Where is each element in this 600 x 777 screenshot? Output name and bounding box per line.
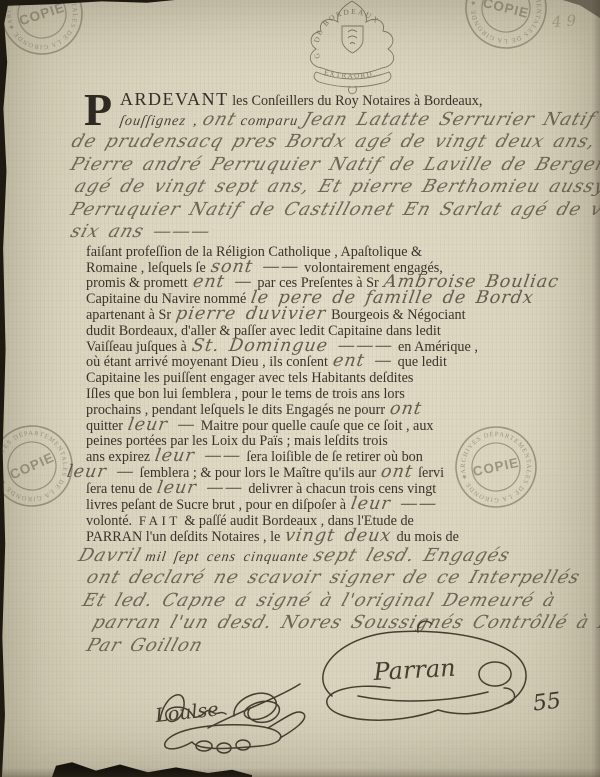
printed-text: du mois de: [397, 529, 459, 545]
faint-corner-mark: 49: [551, 11, 581, 31]
handwritten-text: six ans ———: [69, 225, 212, 238]
document-line: quitterleur —Maitre pour quelle cauſe qu…: [86, 419, 562, 435]
copie-stamp-top-right: ARCHIVES DÉPARTEMENTALES DE LA GIRONDE ★…: [448, 0, 564, 66]
document-line: ſera tenu deleur ——delivrer à chacun tro…: [86, 482, 562, 498]
document-line: six ans ———: [64, 222, 217, 245]
document-line: Perruquier Natif de Castillonet En Sarla…: [64, 200, 600, 223]
document-line: livres peſant de Sucre brut , pour en di…: [86, 498, 562, 514]
printed-text: Iſles que bon lui ſemblera , pour le tem…: [86, 386, 405, 402]
printed-text: ſera tenu de: [86, 481, 152, 497]
printed-text: comparu: [240, 113, 300, 129]
printed-text: ARDEVANT: [120, 89, 229, 109]
printed-text: volonté.: [86, 513, 132, 529]
handwritten-text: pierre duvivier: [175, 308, 327, 321]
svg-text:G. DE BORDEAUX: G. DE BORDEAUX: [311, 7, 381, 60]
handwritten-text: Pierre andré Perruquier Natif de Laville…: [69, 158, 600, 171]
handwritten-text: sept lesd. Engagés: [312, 549, 512, 562]
crest-arc-text: G. DE BORDEAUX: [311, 7, 381, 60]
handwritten-text: leur —: [127, 419, 197, 432]
document-line: où étant arrivé moyenant Dieu , ils conſ…: [86, 355, 562, 371]
document-line: Par Goillon: [80, 636, 209, 659]
torn-edge-left: [0, 0, 9, 777]
handwritten-text: ont: [389, 403, 423, 416]
printed-text: livres peſant de Sucre brut , pour en di…: [86, 497, 346, 513]
handwritten-text: Jean Latatte Serrurier Natif: [301, 113, 597, 126]
signature-flourish-oval: [165, 725, 281, 749]
stamp-copie-label: COPIE: [481, 0, 530, 21]
document-line: Vaiſſeau juſques àSt. Domingue ———en Amé…: [86, 340, 562, 356]
signature-underline: [358, 692, 488, 701]
document-line: ARDEVANT les Conſeillers du Roy Notaires…: [120, 92, 562, 110]
handwritten-text: leur ——: [156, 482, 244, 495]
handwritten-text: ent —: [332, 355, 394, 368]
handwritten-text: de prudensacq pres Bordx agé de vingt de…: [70, 135, 597, 148]
printed-text: FAIT: [132, 513, 181, 528]
document-line: leur —ſemblera ; & pour lors le Maître q…: [62, 466, 562, 482]
printed-text: promis & promett: [86, 275, 188, 291]
printed-text: ſouſſignez ,: [119, 113, 200, 129]
document-line: Davrilmil ſept cens cinquantesept lesd. …: [72, 546, 516, 569]
stamp-copie-label: COPIE: [7, 450, 56, 483]
copie-stamp-top-left: ARCHIVES DÉPARTEMENTALES DE LA GIRONDE ★…: [0, 0, 102, 74]
printed-text: Vaiſſeau juſques à: [86, 339, 187, 355]
crest-banner-text: EXTRAORD.: [323, 68, 377, 80]
document-lines: ARDEVANT les Conſeillers du Roy Notaires…: [62, 92, 562, 658]
document-line: Iſles que bon lui ſemblera , pour le tem…: [86, 387, 562, 403]
printed-text: Maitre pour quelle cauſe que ce ſoit , a…: [201, 418, 434, 434]
folio-page-number: 55: [532, 688, 563, 716]
printed-text: que ledit: [398, 354, 447, 370]
document-scan-page: G. DE BORDEAUX EXTRAORD. ARCHIVES DÉPART…: [0, 0, 600, 777]
printed-text: Romaine , leſquels ſe: [86, 260, 206, 276]
handwritten-text: agé de vingt sept ans, Et pierre Berthom…: [73, 180, 600, 193]
handwritten-text: leur ——: [350, 498, 438, 511]
printed-text: Capitaine les puiſſent engager avec tels…: [86, 370, 413, 386]
document-line: Et led. Capne a signé à l'original Demeu…: [76, 591, 562, 614]
handwritten-text: leur —: [66, 466, 136, 479]
crest-shield-marks: [348, 30, 357, 44]
tax-crest-stamp: G. DE BORDEAUX EXTRAORD.: [290, 0, 415, 95]
document-line: ont declaré ne scavoir signer de ce Inte…: [80, 568, 586, 591]
handwritten-text: Et led. Capne a signé à l'original Demeu…: [81, 594, 557, 607]
printed-text: ſervi: [418, 465, 444, 481]
printed-text: mil ſept cens cinquante: [144, 549, 310, 565]
document-line: faiſant profeſſion de la Réligion Cathol…: [86, 245, 562, 261]
signature-ascender-curl: [418, 621, 432, 632]
document-line: ſouſſignez ,ontcomparuJean Latatte Serru…: [118, 110, 600, 133]
signature-lower-loop: [327, 686, 438, 720]
printed-text: Bourgeois & Négociant: [331, 307, 466, 323]
signature-right-name: Parran: [372, 654, 456, 686]
printed-text: PARRAN l'un deſdits Notaires , le: [86, 529, 280, 545]
signature-loop: [236, 740, 250, 750]
handwritten-text: vingt deux: [284, 530, 392, 543]
printed-text: en Amérique ,: [398, 339, 478, 355]
handwritten-text: ont: [201, 113, 238, 126]
document-line: PARRAN l'un deſdits Notaires , levingt d…: [86, 530, 562, 546]
handwritten-text: Perruquier Natif de Castillonet En Sarla…: [69, 203, 600, 216]
svg-text:EXTRAORD.: EXTRAORD.: [323, 68, 377, 80]
handwritten-text: ont: [380, 466, 414, 479]
handwritten-text: ent —: [192, 276, 254, 289]
document-line: de prudensacq pres Bordx agé de vingt de…: [65, 132, 600, 155]
shadow-edge-bottom: [0, 768, 600, 777]
signature-loop: [479, 662, 511, 686]
printed-text: quitter: [86, 418, 123, 434]
signature-left: Loulse: [148, 664, 318, 764]
signature-right: Parran: [298, 618, 538, 738]
document-line: Pierre andré Perruquier Natif de Laville…: [64, 155, 600, 178]
document-line: ans expirezleur ——ſera loiſible de ſe re…: [86, 450, 562, 466]
printed-text: où étant arrivé moyenant Dieu , ils conſ…: [86, 354, 328, 370]
printed-text: apartenant à Sr: [86, 307, 171, 323]
document-line: agé de vingt sept ans, Et pierre Berthom…: [68, 177, 600, 200]
signature-left-name: Loulse: [153, 698, 219, 727]
printed-text: les Conſeillers du Roy Notaires à Bordea…: [229, 93, 483, 109]
handwritten-text: ont declaré ne scavoir signer de ce Inte…: [85, 571, 582, 584]
document-line: Capitaine les puiſſent engager avec tels…: [86, 371, 562, 387]
handwritten-text: Davril: [77, 549, 143, 562]
handwritten-text: Par Goillon: [85, 639, 204, 652]
handwritten-text: leur ——: [154, 450, 242, 463]
document-line: apartenant à Srpierre duvivierBourgeois …: [86, 308, 562, 324]
